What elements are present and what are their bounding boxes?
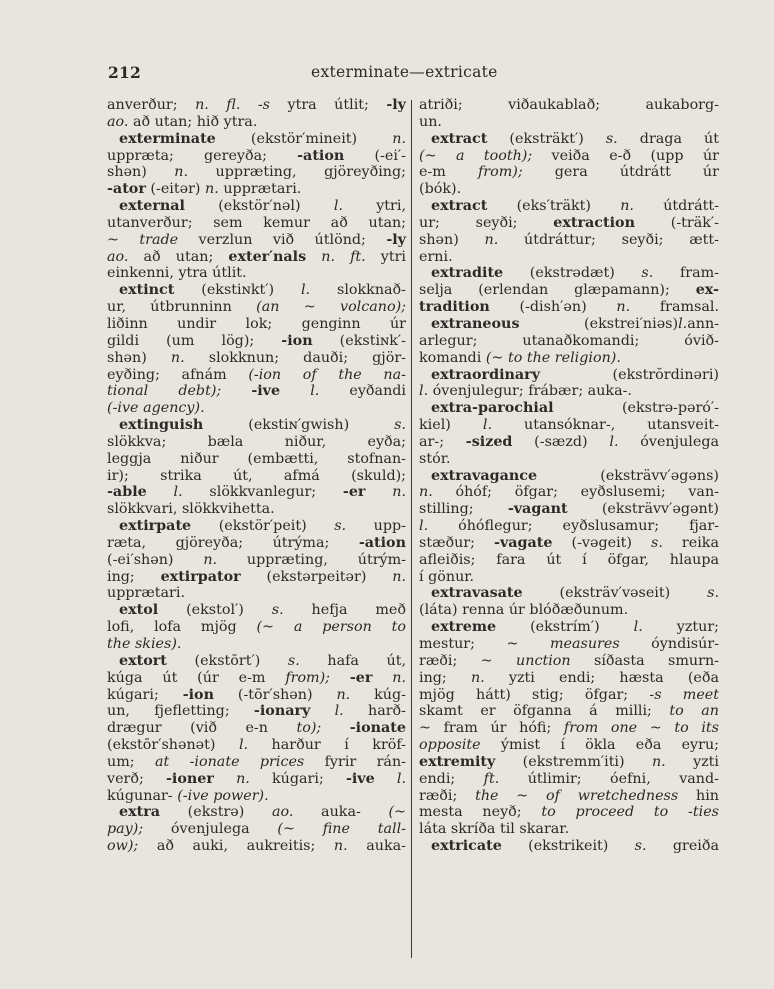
- headword: -er: [343, 484, 366, 500]
- entry-headline: extraordinary (ekstrŏrdinəri): [419, 367, 719, 384]
- entry-headline: extravasate (eksträv′vəseit) s.: [419, 585, 719, 602]
- definition-text: (ekstremm′iti): [495, 754, 652, 770]
- definition-text: afleiðis; fara út í öfgar, hlaupa: [419, 552, 719, 568]
- italic-text: ao.: [272, 804, 293, 820]
- headword: extravagance: [431, 468, 537, 484]
- entry-line: shən) n. uppræting, gjöreyðing;: [107, 164, 406, 181]
- entry-line: e-m from); gera útdrátt úr: [419, 164, 719, 181]
- definition-text: (ekstōrt′): [167, 653, 288, 669]
- definition-text: óvenjulega: [143, 821, 277, 837]
- definition-text: (ekstrím′): [496, 619, 634, 635]
- entry-line: extremity (ekstremm′iti) n. yzti: [419, 754, 719, 771]
- entry-line: (bók).: [419, 181, 719, 198]
- definition-text: láta skríða til skarar.: [419, 821, 569, 837]
- definition-text: upprætari.: [107, 585, 185, 601]
- definition-text: ur, útbrunninn: [107, 299, 256, 315]
- entry-line: liðinn undir lok; genginn úr: [107, 316, 406, 333]
- definition-text: (ekstör′nəl): [185, 198, 334, 214]
- headword: -vagate: [494, 535, 552, 551]
- entry-line: ræði; ~ unction síðasta smurn-: [419, 653, 719, 670]
- definition-text: óvenjulega: [619, 434, 719, 450]
- italic-text: l.: [310, 383, 319, 399]
- definition-text: (ekstol′): [158, 602, 272, 618]
- definition-text: veiða e-ð (upp úr: [532, 148, 719, 164]
- definition-text: ing;: [419, 670, 471, 686]
- italic-text: ~ trade: [107, 232, 178, 248]
- definition-text: um;: [107, 754, 155, 770]
- headword: extract: [431, 131, 487, 147]
- definition-text: ytri: [366, 249, 406, 265]
- entry-line: -ator (-eitər) n. upprætari.: [107, 181, 406, 198]
- entry-line: un, fjefletting; -ionary l. harð-: [107, 703, 406, 720]
- definition-text: (ekstrə): [160, 804, 272, 820]
- entry-line: (-ei′shən) n. uppræting, útrým-: [107, 552, 406, 569]
- entry-line: ao. að utan; exter′nals n. ft. ytri: [107, 249, 406, 266]
- headword: extraneous: [431, 316, 520, 332]
- entry-headline: external (ekstör′nəl) l. ytri,: [107, 198, 406, 215]
- definition-text: (eksträvv′əgənt): [568, 501, 719, 517]
- italic-text: n.: [652, 754, 666, 770]
- definition-text: óyndisúr-: [620, 636, 719, 652]
- italic-text: (~: [388, 804, 406, 820]
- italic-text: opposite: [419, 737, 481, 753]
- italic-text: (-ion of the na-: [248, 367, 406, 383]
- entry-line: anverður; n. fl. -s ytra útlit; -ly: [107, 97, 406, 114]
- entry-line: n. óhóf; öfgar; eyðslusemi; van-: [419, 484, 719, 501]
- definition-text: shən): [419, 232, 485, 248]
- definition-text: kúgari;: [250, 771, 346, 787]
- definition-text: mestur; ~: [419, 636, 550, 652]
- definition-text: (bók).: [419, 181, 461, 197]
- definition-text: kúgunar-: [107, 788, 177, 804]
- headword: external: [119, 198, 185, 214]
- italic-text: -s meet: [649, 687, 719, 703]
- headword: -ion: [281, 333, 312, 349]
- definition-text: hefja með: [284, 602, 406, 618]
- italic-text: n.: [205, 181, 219, 197]
- entry-line: verð; -ioner n. kúgari; -ive l.: [107, 771, 406, 788]
- entry-line: (ekstōr′shənət) l. harður í kröf-: [107, 737, 406, 754]
- italic-text: from one ~ to its: [564, 720, 719, 736]
- italic-text: n.: [392, 131, 406, 147]
- italic-text: n.: [392, 484, 406, 500]
- definition-text: verzlun við útlönd;: [178, 232, 386, 248]
- entry-headline: extraneous (ekstrei′niəs)l.ann-: [419, 316, 719, 333]
- italic-text: s.: [707, 585, 719, 601]
- definition-text: yzti endi; hæsta (eða: [485, 670, 719, 686]
- definition-text: ann-: [687, 316, 719, 332]
- entry-headline: extra-parochial (ekstrə-pəró′-: [419, 400, 719, 417]
- entry-line: shən) n. útdráttur; seyði; ætt-: [419, 232, 719, 249]
- headword: ex-: [696, 282, 719, 298]
- definition-text: erni.: [419, 249, 453, 265]
- definition-text: (láta) renna úr blóðæðunum.: [419, 602, 628, 618]
- definition-text: (ekstrei′niəs): [520, 316, 679, 332]
- italic-text: (an ~ volcano);: [256, 299, 406, 315]
- definition-text: reika: [663, 535, 719, 551]
- entry-line: (-ive agency).: [107, 400, 406, 417]
- definition-text: að auki, aukreitis;: [138, 838, 334, 854]
- definition-text: hafa út,: [300, 653, 406, 669]
- entry-headline: extravagance (eksträvv′əgəns): [419, 468, 719, 485]
- definition-text: drægur (við e-n: [107, 720, 296, 736]
- italic-text: l.: [301, 282, 310, 298]
- italic-text: s.: [334, 518, 346, 534]
- italic-text: n.: [485, 232, 499, 248]
- entry-line: láta skríða til skarar.: [419, 821, 719, 838]
- definition-text: upp-: [346, 518, 406, 534]
- entry-line: drægur (við e-n to); -ionate: [107, 720, 406, 737]
- italic-text: s.: [606, 131, 618, 147]
- italic-text: s.: [288, 653, 300, 669]
- entry-line: -able l. slökkvanlegur; -er n.: [107, 484, 406, 501]
- entry-line: ~ fram úr hófi; from one ~ to its: [419, 720, 719, 737]
- definition-text: síðasta smurn-: [571, 653, 719, 669]
- definition-text: óhóf; öfgar; eyðslusemi; van-: [433, 484, 719, 500]
- italic-text: unction: [516, 653, 571, 669]
- definition-text: útdráttur; seyði; ætt-: [498, 232, 719, 248]
- italic-text: s.: [272, 602, 284, 618]
- entry-line: stæður; -vagate (-vəgeit) s. reika: [419, 535, 719, 552]
- entry-line: ing; n. yzti endi; hæsta (eða: [419, 670, 719, 687]
- italic-text: l.: [634, 619, 643, 635]
- definition-text: (ekstiɴkt′): [174, 282, 301, 298]
- definition-text: fyrir rán-: [304, 754, 406, 770]
- definition-text: (eksträkt′): [487, 131, 606, 147]
- headword: -able: [107, 484, 147, 500]
- entry-headline: extricate (ekstrikeit) s. greiða: [419, 838, 719, 855]
- definition-text: arlegur; utanaðkomandi; óvið-: [419, 333, 719, 349]
- headword: -ation: [359, 535, 406, 551]
- entry-line: ræta, gjöreyða; útrýma; -ation: [107, 535, 406, 552]
- headword: extra: [119, 804, 160, 820]
- entry-line: slökkva; bæla niður, eyða;: [107, 434, 406, 451]
- definition-text: stæður;: [419, 535, 494, 551]
- entry-line: komandi (~ to the religion).: [419, 350, 719, 367]
- entry-line: ur, útbrunninn (an ~ volcano);: [107, 299, 406, 316]
- entry-line: lofi, lofa mjög (~ a person to: [107, 619, 406, 636]
- dictionary-column-right: atriði; viðaukablað; aukaborg-un.extract…: [419, 97, 719, 855]
- entry-line: the skies).: [107, 636, 406, 653]
- entry-line: atriði; viðaukablað; aukaborg-: [419, 97, 719, 114]
- definition-text: leggja niður (embætti, stofnan-: [107, 451, 406, 467]
- definition-text: slokknað-: [310, 282, 406, 298]
- definition-text: gildi (um lög);: [107, 333, 281, 349]
- definition-text: skamt er öfganna á milli;: [419, 703, 669, 719]
- definition-text: (ekstrikeit): [502, 838, 635, 854]
- definition-text: utanverður; sem kemur að utan;: [107, 215, 406, 231]
- italic-text: n.: [616, 299, 630, 315]
- italic-text: n.: [392, 670, 406, 686]
- entry-line: leggja niður (embætti, stofnan-: [107, 451, 406, 468]
- running-head: exterminate—extricate: [311, 63, 498, 81]
- italic-text: n.: [471, 670, 485, 686]
- italic-text: l.: [397, 771, 406, 787]
- headword: -ioner: [166, 771, 214, 787]
- italic-text: measures: [550, 636, 620, 652]
- column-divider: [411, 100, 412, 958]
- headword: extol: [119, 602, 158, 618]
- entry-line: ræði; the ~ of wretchedness hin: [419, 788, 719, 805]
- italic-text: n.: [171, 350, 185, 366]
- definition-text: ~ fram úr hófi;: [419, 720, 564, 736]
- definition-text: [214, 771, 236, 787]
- headword: -ation: [297, 148, 344, 164]
- definition-text: kúga út (úr e-m: [107, 670, 285, 686]
- definition-text: uppræta; gereyða;: [107, 148, 297, 164]
- definition-text: stór.: [419, 451, 451, 467]
- definition-text: (-träk′-: [635, 215, 719, 231]
- entry-headline: extreme (ekstrím′) l. yztur;: [419, 619, 719, 636]
- headword: extraction: [553, 215, 635, 231]
- headword: extraordinary: [431, 367, 540, 383]
- definition-text: slökkvari, slökkvihetta.: [107, 501, 275, 517]
- italic-text: l.: [419, 518, 428, 534]
- definition-text: í gönur.: [419, 569, 474, 585]
- definition-text: auka-: [348, 838, 406, 854]
- definition-text: (-tōr′shən): [214, 687, 336, 703]
- definition-text: yztur;: [643, 619, 719, 635]
- italic-text: l.: [678, 316, 687, 332]
- italic-text: l.: [483, 417, 492, 433]
- entry-line: slökkvari, slökkvihetta.: [107, 501, 406, 518]
- italic-text: s.: [651, 535, 663, 551]
- headword: -ly: [386, 232, 406, 248]
- italic-text: l.: [609, 434, 618, 450]
- definition-text: utansóknar-, utansveit-: [492, 417, 719, 433]
- italic-text: l.: [334, 198, 343, 214]
- definition-text: selja (erlendan glæpamann);: [419, 282, 696, 298]
- headword: -ive: [251, 383, 280, 399]
- definition-text: kúg-: [350, 687, 406, 703]
- definition-text: [306, 249, 321, 265]
- entry-headline: extradite (ekstrədæt) s. fram-: [419, 265, 719, 282]
- entry-line: ao. að utan; hið ytra.: [107, 114, 406, 131]
- entry-line: (láta) renna úr blóðæðunum.: [419, 602, 719, 619]
- definition-text: [310, 703, 334, 719]
- entry-headline: extort (ekstōrt′) s. hafa út,: [107, 653, 406, 670]
- italic-text: (-ive agency).: [107, 400, 205, 416]
- entry-line: ur; seyði; extraction (-träk′-: [419, 215, 719, 232]
- italic-text: n. ft.: [321, 249, 365, 265]
- headword: extract: [431, 198, 487, 214]
- definition-text: kúgari;: [107, 687, 183, 703]
- entry-headline: extol (ekstol′) s. hefja með: [107, 602, 406, 619]
- italic-text: ft.: [484, 771, 500, 787]
- italic-text: ao.: [107, 249, 128, 265]
- italic-text: s.: [641, 265, 653, 281]
- headword: -vagant: [508, 501, 568, 517]
- italic-text: to);: [296, 720, 321, 736]
- entry-line: ow); að auki, aukreitis; n. auka-: [107, 838, 406, 855]
- definition-text: (ekstör′mineit): [216, 131, 392, 147]
- italic-text: l.: [335, 703, 344, 719]
- definition-text: mesta neyð;: [419, 804, 541, 820]
- definition-text: að utan; hið ytra.: [128, 114, 257, 130]
- definition-text: slökkva; bæla niður, eyða;: [107, 434, 406, 450]
- definition-text: (-vəgeit): [553, 535, 652, 551]
- definition-text: harður í kröf-: [248, 737, 406, 753]
- headword: extirpator: [161, 569, 241, 585]
- definition-text: liðinn undir lok; genginn úr: [107, 316, 406, 332]
- headword: -ionate: [350, 720, 406, 736]
- definition-text: (-dish′ən): [490, 299, 617, 315]
- italic-text: n.: [174, 164, 188, 180]
- italic-text: l.: [174, 484, 183, 500]
- italic-text: n.: [419, 484, 433, 500]
- definition-text: verð;: [107, 771, 166, 787]
- definition-text: uppræting, útrým-: [217, 552, 406, 568]
- headword: -ly: [386, 97, 406, 113]
- entry-line: mestur; ~ measures óyndisúr-: [419, 636, 719, 653]
- entry-line: arlegur; utanaðkomandi; óvið-: [419, 333, 719, 350]
- italic-text: tional debt);: [107, 383, 221, 399]
- entry-line: ir); strika út, afmá (skuld);: [107, 468, 406, 485]
- definition-text: endi;: [419, 771, 484, 787]
- italic-text: (~ to the religion).: [486, 350, 621, 366]
- italic-text: pay);: [107, 821, 143, 837]
- entry-line: stilling; -vagant (eksträvv′əgənt): [419, 501, 719, 518]
- italic-text: from);: [285, 670, 330, 686]
- headword: -sized: [466, 434, 513, 450]
- definition-text: komandi: [419, 350, 486, 366]
- entry-line: kiel) l. utansóknar-, utansveit-: [419, 417, 719, 434]
- definition-text: ræta, gjöreyða; útrýma;: [107, 535, 359, 551]
- definition-text: [280, 383, 310, 399]
- italic-text: l.: [239, 737, 248, 753]
- italic-text: the ~ of wretchedness: [475, 788, 678, 804]
- definition-text: stilling;: [419, 501, 508, 517]
- entry-line: un.: [419, 114, 719, 131]
- entry-headline: extract (eksträkt′) s. draga út: [419, 131, 719, 148]
- definition-text: ýmist í ökla eða eyru;: [481, 737, 719, 753]
- italic-text: (-ive power).: [177, 788, 268, 804]
- definition-text: (eksträv′vəseit): [523, 585, 708, 601]
- definition-text: ytra útlit;: [270, 97, 386, 113]
- definition-text: eyðing; afnám: [107, 367, 248, 383]
- definition-text: [330, 670, 350, 686]
- italic-text: ao.: [107, 114, 128, 130]
- definition-text: ir); strika út, afmá (skuld);: [107, 468, 406, 484]
- definition-text: draga út: [618, 131, 719, 147]
- definition-text: uppræting, gjöreyðing;: [188, 164, 406, 180]
- definition-text: ræði; ~: [419, 653, 516, 669]
- definition-text: greiða: [647, 838, 719, 854]
- entry-line: afleiðis; fara út í öfgar, hlaupa: [419, 552, 719, 569]
- headword: extravasate: [431, 585, 523, 601]
- headword: exter′nals: [228, 249, 306, 265]
- entry-line: tional debt); -ive l. eyðandi: [107, 383, 406, 400]
- definition-text: (ekstiɴ′gwish): [203, 417, 394, 433]
- italic-text: ow);: [107, 838, 138, 854]
- definition-text: shən): [107, 350, 171, 366]
- headword: -ionary: [254, 703, 310, 719]
- italic-text: at -ionate prices: [155, 754, 304, 770]
- entry-headline: extirpate (ekstör′peit) s. upp-: [107, 518, 406, 535]
- italic-text: l.: [419, 383, 428, 399]
- definition-text: [147, 484, 174, 500]
- page-number: 212: [108, 63, 141, 82]
- definition-text: [221, 383, 251, 399]
- definition-text: mjög hátt) stig; öfgar;: [419, 687, 649, 703]
- entry-line: ing; extirpator (ekstərpeitər) n.: [107, 569, 406, 586]
- definition-text: fram-: [653, 265, 719, 281]
- definition-text: (ekstrədæt): [503, 265, 641, 281]
- entry-headline: extract (eks′träkt) n. útdrátt-: [419, 198, 719, 215]
- definition-text: e-m: [419, 164, 478, 180]
- italic-text: to an: [669, 703, 719, 719]
- definition-text: hin: [678, 788, 719, 804]
- definition-text: útdrátt-: [634, 198, 719, 214]
- italic-text: n.: [203, 552, 217, 568]
- italic-text: to proceed to -ties: [541, 804, 719, 820]
- entry-line: mjög hátt) stig; öfgar; -s meet: [419, 687, 719, 704]
- entry-line: utanverður; sem kemur að utan;: [107, 215, 406, 232]
- definition-text: framsal.: [630, 299, 719, 315]
- entry-line: ~ trade verzlun við útlönd; -ly: [107, 232, 406, 249]
- definition-text: (ekstōr′shənət): [107, 737, 239, 753]
- definition-text: ytri,: [343, 198, 406, 214]
- definition-text: (eks′träkt): [487, 198, 620, 214]
- definition-text: ing;: [107, 569, 161, 585]
- entry-line: tradition (-dish′ən) n. framsal.: [419, 299, 719, 316]
- entry-line: skamt er öfganna á milli; to an: [419, 703, 719, 720]
- entry-line: gildi (um lög); -ion (ekstiɴk′-: [107, 333, 406, 350]
- entry-line: stór.: [419, 451, 719, 468]
- definition-text: un, fjefletting;: [107, 703, 254, 719]
- entry-line: shən) n. slokknun; dauði; gjör-: [107, 350, 406, 367]
- definition-text: atriði; viðaukablað; aukaborg-: [419, 97, 719, 113]
- entry-line: endi; ft. útlimir; óefni, vand-: [419, 771, 719, 788]
- definition-text: slökkvanlegur;: [183, 484, 343, 500]
- definition-text: harð-: [344, 703, 406, 719]
- entry-line: upprætari.: [107, 585, 406, 602]
- definition-text: [365, 484, 392, 500]
- definition-text: (ekstərpeitər): [241, 569, 393, 585]
- headword: extra-parochial: [431, 400, 554, 416]
- italic-text: s.: [635, 838, 647, 854]
- entry-line: í gönur.: [419, 569, 719, 586]
- italic-text: (~ fine tall-: [277, 821, 406, 837]
- definition-text: [372, 670, 392, 686]
- headword: extremity: [419, 754, 495, 770]
- entry-line: opposite ýmist í ökla eða eyru;: [419, 737, 719, 754]
- headword: extricate: [431, 838, 502, 854]
- italic-text: from);: [478, 164, 523, 180]
- headword: extreme: [431, 619, 496, 635]
- definition-text: (-sæzd): [512, 434, 609, 450]
- entry-line: mesta neyð; to proceed to -ties: [419, 804, 719, 821]
- entry-line: erni.: [419, 249, 719, 266]
- definition-text: óhóflegur; eyðslusamur; fjar-: [428, 518, 719, 534]
- headword: -er: [350, 670, 373, 686]
- headword: exterminate: [119, 131, 216, 147]
- definition-text: gera útdrátt úr: [523, 164, 719, 180]
- entry-line: selja (erlendan glæpamann); ex-: [419, 282, 719, 299]
- definition-text: un.: [419, 114, 442, 130]
- definition-text: [375, 771, 397, 787]
- headword: extort: [119, 653, 167, 669]
- definition-text: eyðandi: [319, 383, 406, 399]
- definition-text: ar-;: [419, 434, 466, 450]
- entry-headline: extinguish (ekstiɴ′gwish) s.: [107, 417, 406, 434]
- definition-text: upprætari.: [219, 181, 302, 197]
- headword: extirpate: [119, 518, 191, 534]
- definition-text: (ekstör′peit): [191, 518, 334, 534]
- entry-line: kúgari; -ion (-tōr′shən) n. kúg-: [107, 687, 406, 704]
- entry-line: um; at -ionate prices fyrir rán-: [107, 754, 406, 771]
- entry-headline: extra (ekstrə) ao. auka- (~: [107, 804, 406, 821]
